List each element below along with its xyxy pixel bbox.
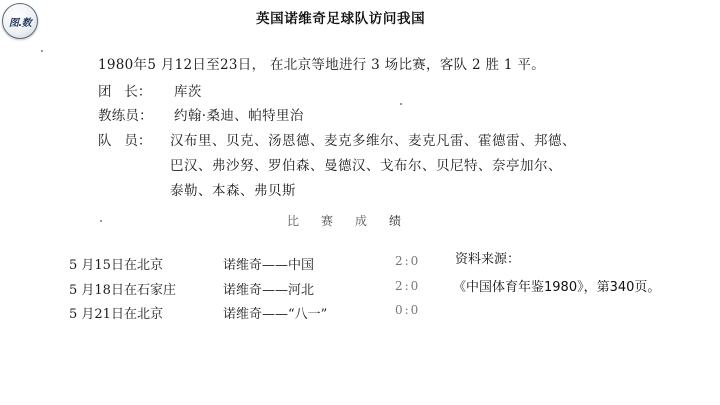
scan-speck — [400, 103, 402, 105]
match-score: 0:0 — [395, 303, 420, 317]
match-score: 2:0 — [395, 254, 420, 268]
coach-row: 教练员： 约翰·桑迪、帕特里治 — [98, 104, 304, 124]
results-heading-char: 比 — [287, 214, 321, 228]
document-title: 英国诺维奇足球队访问我国 — [256, 7, 425, 27]
scan-speck — [100, 220, 102, 222]
players-row: 队 员： — [98, 129, 174, 149]
match-date: 5 月15日在北京 — [69, 254, 163, 273]
logo-badge-label: 图.数 — [9, 14, 31, 29]
players-line-3: 泰勒、本森、弗贝斯 — [170, 179, 296, 199]
source-label: 资料来源： — [455, 248, 520, 267]
match-teams: 诺维奇——中国 — [223, 254, 314, 273]
match-teams: 诺维奇——河北 — [223, 279, 314, 298]
team-leader-label: 团 长： — [98, 80, 174, 100]
results-heading: 比赛成绩 — [287, 212, 401, 229]
results-heading-char: 成 — [355, 214, 389, 228]
source-citation: 《中国体育年鉴1980》，第340页。 — [453, 276, 660, 295]
match-score: 2:0 — [395, 279, 420, 293]
coach-label: 教练员： — [98, 104, 174, 124]
players-label: 队 员： — [98, 129, 174, 149]
coach-value: 约翰·桑迪、帕特里治 — [174, 104, 304, 124]
logo-badge: 图.数 — [2, 3, 38, 39]
players-line-2: 巴汉、弗沙努、罗伯森、曼德汉、戈布尔、贝尼特、奈亭加尔、 — [170, 154, 562, 174]
match-teams: 诺维奇——“八一” — [223, 303, 327, 322]
match-date: 5 月21日在北京 — [69, 303, 163, 322]
results-heading-char: 赛 — [321, 214, 355, 228]
document-summary: 1980年5 月12日至23日， 在北京等地进行 3 场比赛，客队 2 胜 1 … — [98, 53, 545, 73]
results-heading-char: 绩 — [389, 214, 401, 228]
scan-speck — [41, 50, 43, 52]
players-line-1: 汉布里、贝克、汤恩德、麦克多维尔、麦克凡雷、霍德雷、邦德、 — [170, 129, 576, 149]
team-leader-value: 库茨 — [174, 80, 202, 100]
match-date: 5 月18日在石家庄 — [69, 279, 176, 298]
team-leader-row: 团 长： 库茨 — [98, 80, 202, 100]
